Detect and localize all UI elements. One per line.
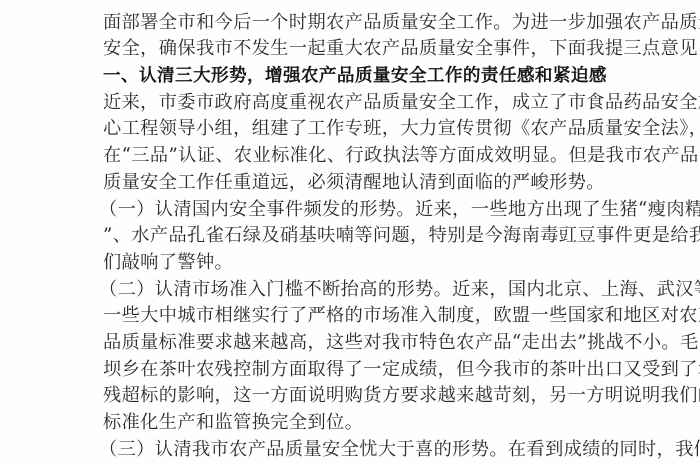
text-line: 在“三品”认证、农业标准化、行政执法等方面成效明显。但是我市农产品: [103, 143, 597, 170]
subsection-line: （二）认清市场准入门槛不断抬高的形势。近来，国内北京、上海、武汉等: [99, 277, 597, 304]
text-line: 坝乡在茶叶农残控制方面取得了一定成绩，但今我市的茶叶出口又受到了农: [103, 357, 597, 384]
text-line: 安全，确保我市不发生一起重大农产品质量安全事件，下面我提三点意见：: [103, 36, 597, 63]
text-line: ”、水产品孔雀石绿及硝基呋喃等问题，特别是今海南毒豇豆事件更是给我: [103, 223, 597, 250]
text-line: 心工程领导小组，组建了工作专班，大力宣传贯彻《农产品质量安全法》，: [103, 116, 597, 143]
text-line: 标准化生产和监管换完全到位。: [103, 410, 597, 437]
subsection-line: （三）认清我市农产品质量安全忧大于喜的形势。在看到成绩的同时，我们: [99, 437, 597, 464]
text-line: 面部署全市和今后一个时期农产品质量安全工作。为进一步加强农产品质量: [103, 10, 597, 37]
text-line-cut-off: [103, 0, 597, 10]
text-line: 一些大中城市相继实行了严格的市场准入制度，欧盟一些国家和地区对农产: [103, 303, 597, 330]
document-page: 面部署全市和今后一个时期农产品质量安全工作。为进一步加强农产品质量 安全，确保我…: [0, 0, 700, 470]
text-line: 们敲响了警钟。: [103, 250, 597, 277]
text-line: 近来，市委市政府高度重视农产品质量安全工作，成立了市食品药品安全放: [103, 90, 597, 117]
document-body: 面部署全市和今后一个时期农产品质量安全工作。为进一步加强农产品质量 安全，确保我…: [103, 0, 597, 463]
section-heading: 一、认清三大形势，增强农产品质量安全工作的责任感和紧迫感: [103, 63, 597, 90]
text-line: 残超标的影响，这一方面说明购货方要求越来越苛刻，另一方明说明我们的: [103, 383, 597, 410]
text-line: 质量安全工作任重道远，必须清醒地认清到面临的严峻形势。: [103, 170, 597, 197]
subsection-line: （一）认清国内安全事件频发的形势。近来，一些地方出现了生猪“瘦肉精: [99, 197, 597, 224]
text-line: 品质量标准要求越来越高，这些对我市特色农产品“走出去”挑战不小。毛: [103, 330, 597, 357]
